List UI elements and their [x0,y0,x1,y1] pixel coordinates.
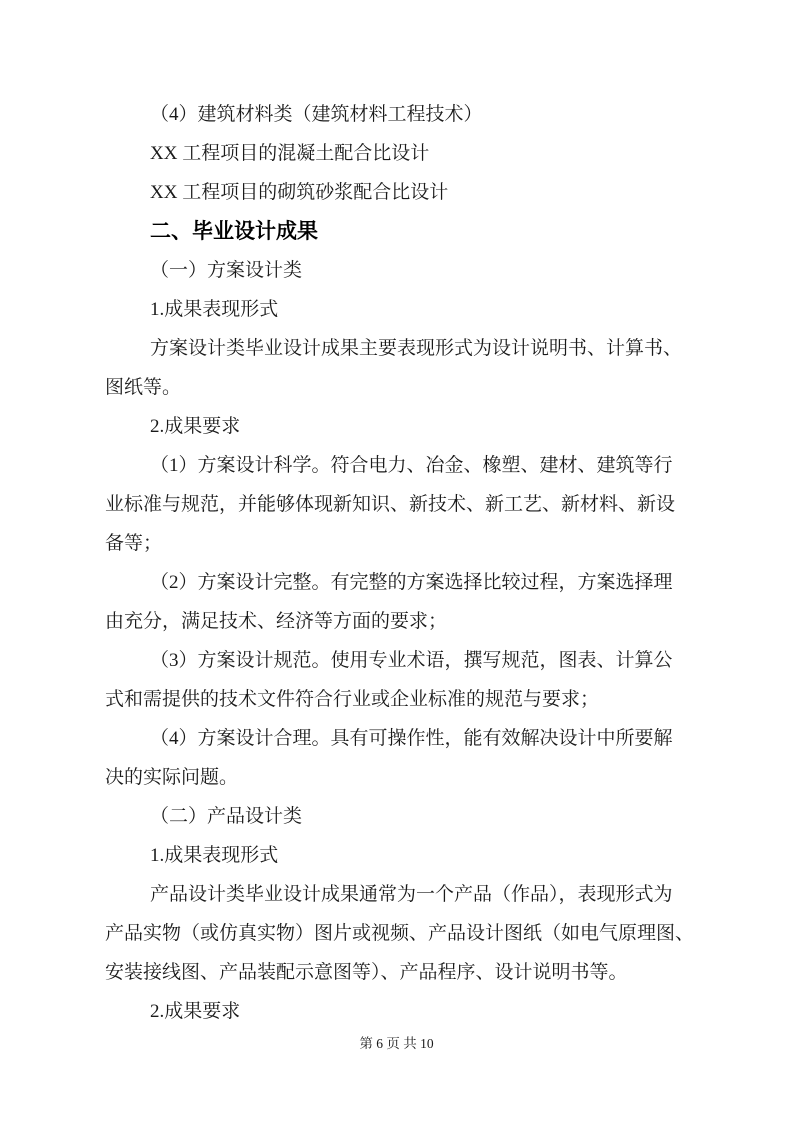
text-line: （4）建筑材料类（建筑材料工程技术） [105,95,693,134]
text-line: （3）方案设计规范。使用专业术语，撰写规范，图表、计算公 [105,641,693,680]
text-line: XX 工程项目的混凝土配合比设计 [105,134,693,173]
text-line: 2.成果要求 [105,992,693,1031]
section-heading: 二、毕业设计成果 [105,212,693,251]
text-line: 产品设计类毕业设计成果通常为一个产品（作品），表现形式为 [105,875,693,914]
text-line: （二）产品设计类 [105,797,693,836]
text-line: 2.成果要求 [105,407,693,446]
document-page: （4）建筑材料类（建筑材料工程技术）XX 工程项目的混凝土配合比设计XX 工程项… [0,0,793,1122]
text-line: XX 工程项目的砌筑砂浆配合比设计 [105,173,693,212]
text-line: （2）方案设计完整。有完整的方案选择比较过程，方案选择理 [105,563,693,602]
text-line: （1）方案设计科学。符合电力、冶金、橡塑、建材、建筑等行 [105,446,693,485]
text-line: 备等； [105,524,693,563]
text-line: 产品实物（或仿真实物）图片或视频、产品设计图纸（如电气原理图、 [105,914,693,953]
page-number-footer: 第 6 页 共 10 [0,1032,793,1052]
text-line: （一）方案设计类 [105,251,693,290]
document-body: （4）建筑材料类（建筑材料工程技术）XX 工程项目的混凝土配合比设计XX 工程项… [105,95,693,1031]
text-line: 1.成果表现形式 [105,836,693,875]
text-line: 业标准与规范，并能够体现新知识、新技术、新工艺、新材料、新设 [105,485,693,524]
text-line: 图纸等。 [105,368,693,407]
text-line: 安装接线图、产品装配示意图等）、产品程序、设计说明书等。 [105,953,693,992]
text-line: 式和需提供的技术文件符合行业或企业标准的规范与要求； [105,680,693,719]
text-line: 方案设计类毕业设计成果主要表现形式为设计说明书、计算书、 [105,329,693,368]
text-line: 1.成果表现形式 [105,290,693,329]
text-line: 由充分，满足技术、经济等方面的要求； [105,602,693,641]
text-line: （4）方案设计合理。具有可操作性，能有效解决设计中所要解 [105,719,693,758]
text-line: 决的实际问题。 [105,758,693,797]
